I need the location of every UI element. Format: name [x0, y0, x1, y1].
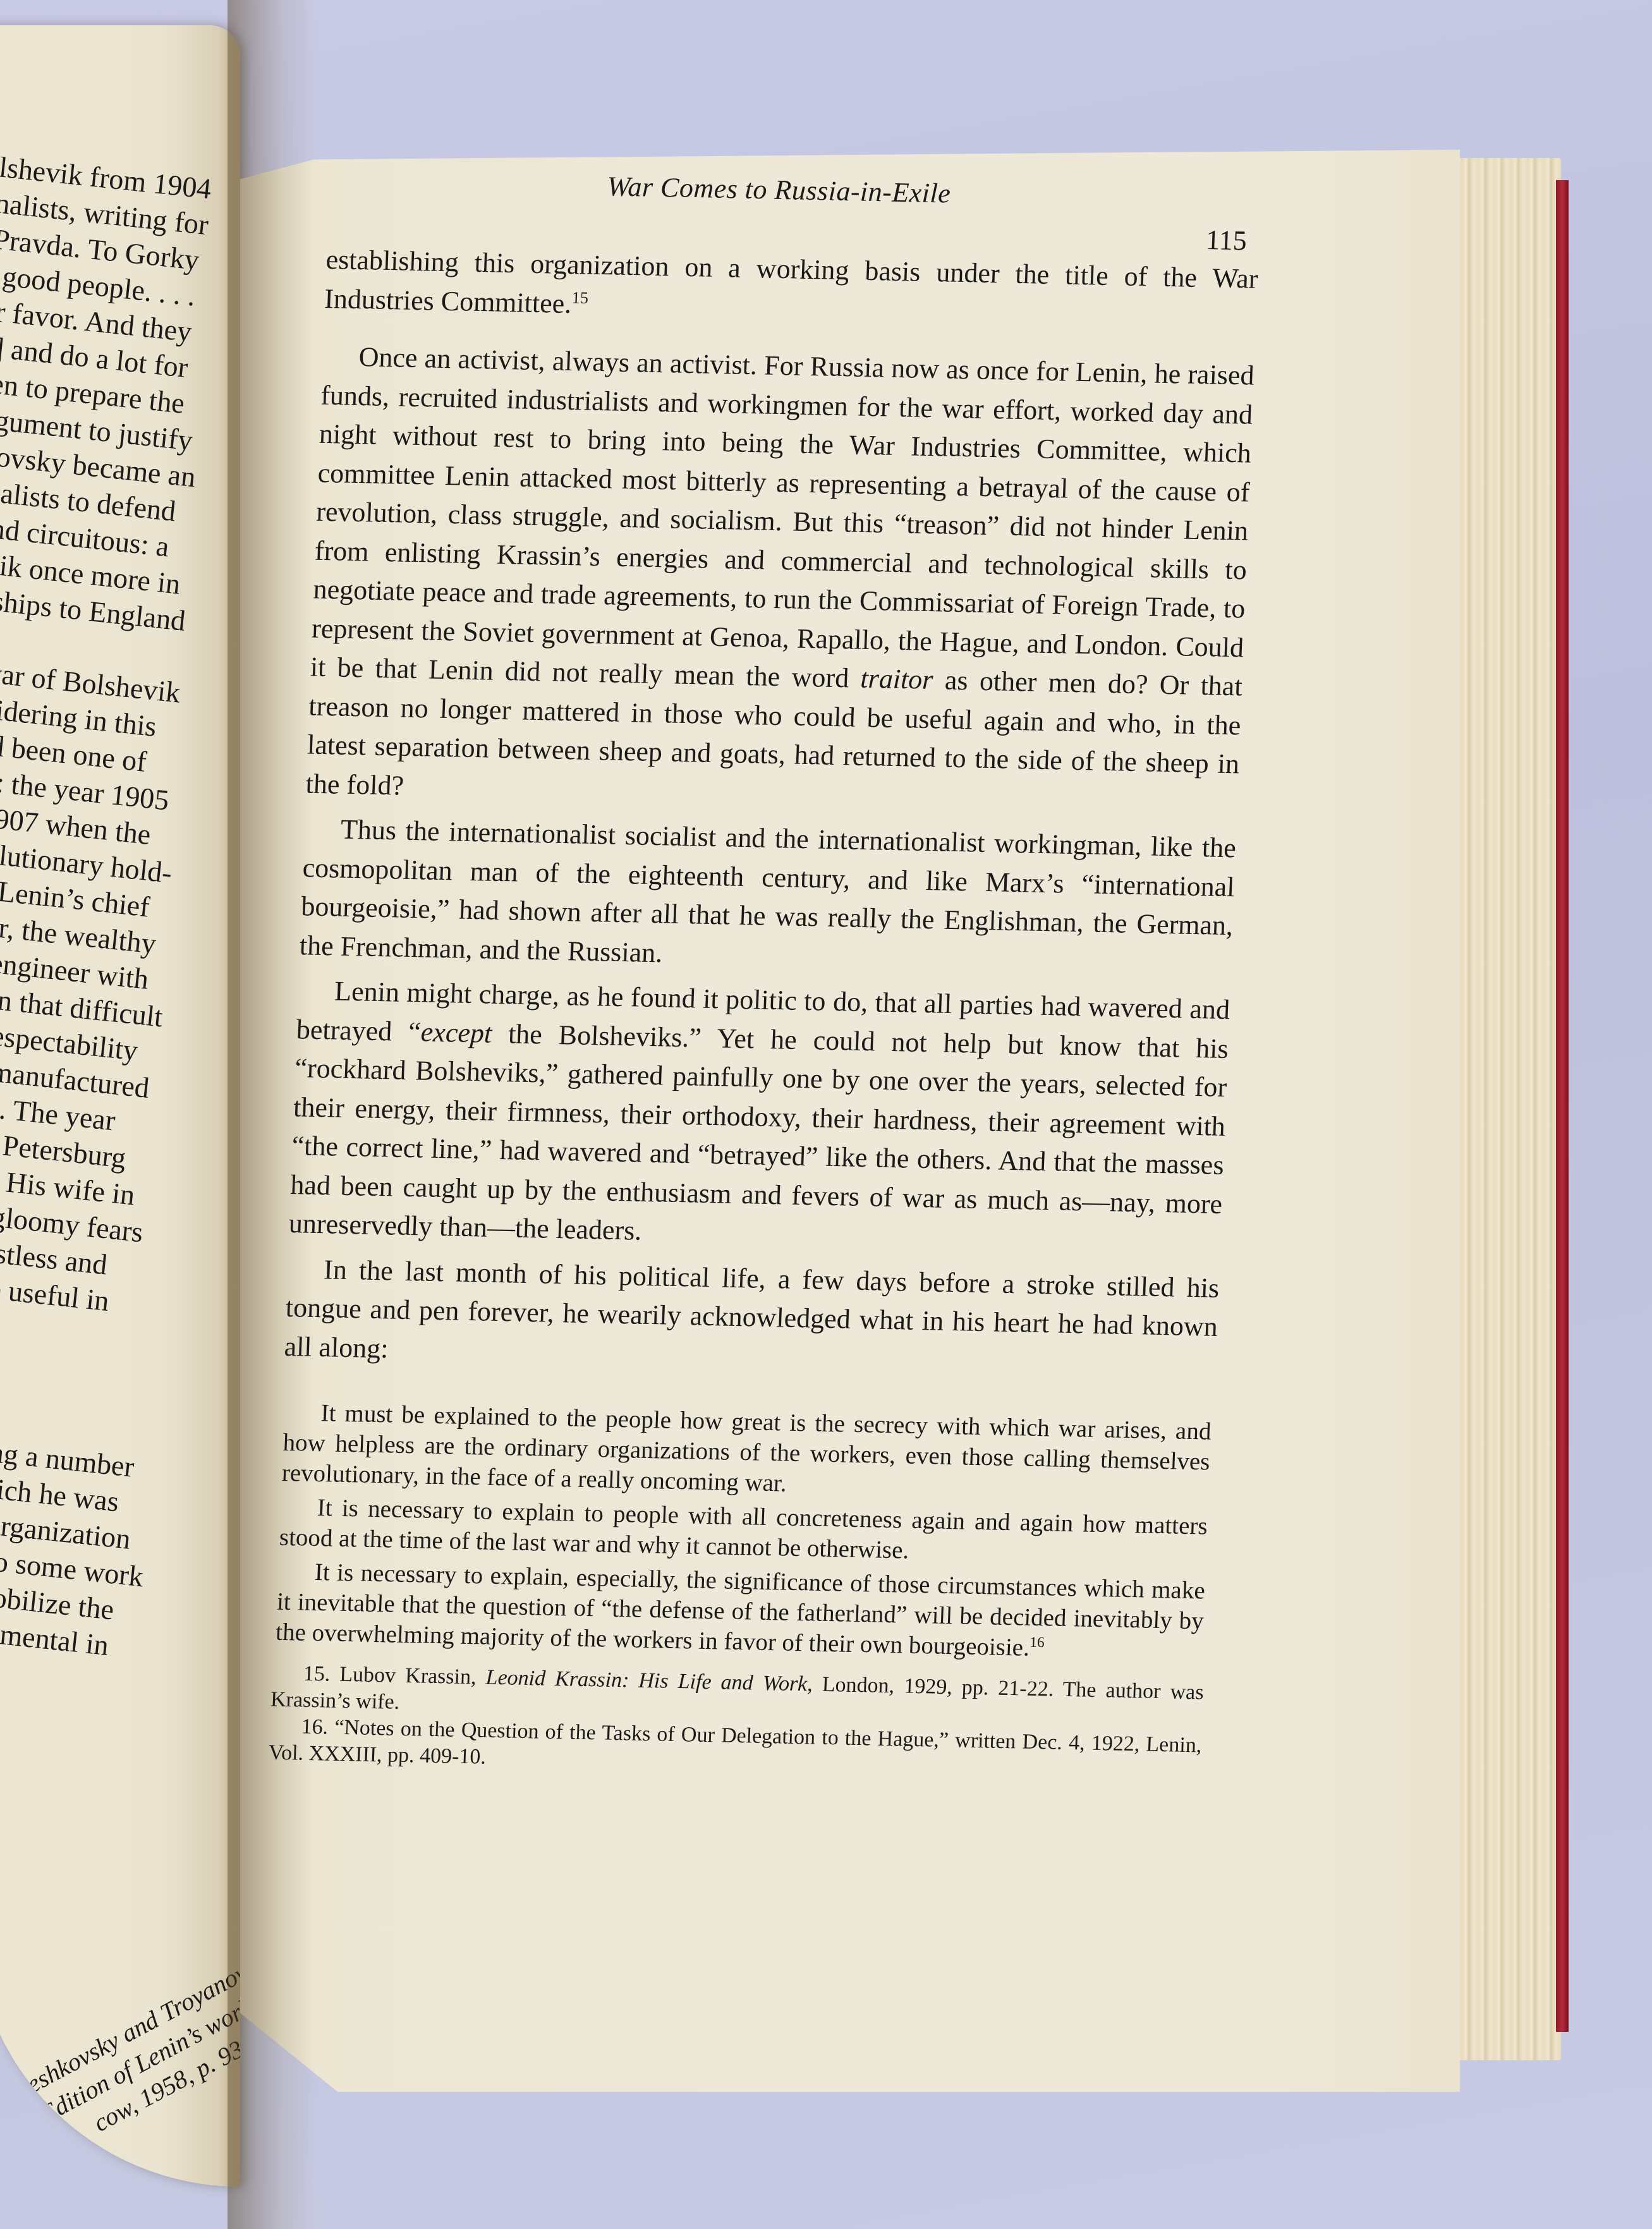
paragraph-1: Once an activist, always an activist. Fo… [305, 337, 1255, 822]
footnote-ref-16: 16 [1029, 1634, 1045, 1651]
right-page-content: War Comes to Russia-in-Exile 115 establi… [268, 190, 1261, 1785]
paragraph-2: Thus the internationalist socialist and … [299, 809, 1237, 984]
footnote-ref-15: 15 [571, 288, 589, 307]
paragraph-4: In the last month of his political life,… [284, 1249, 1220, 1385]
italic-traitor: traitor [860, 663, 934, 695]
left-page-block-3: in organizing a numbercerns of which he … [0, 1421, 75, 1658]
red-cover-edge [1556, 180, 1569, 2032]
left-page-footnote-fragment: Meshkovsky and Troyanovskyd Edition of L… [2, 1972, 240, 2168]
quote-paragraph-3: It is necessary to explain, especially, … [275, 1557, 1205, 1667]
page-number: 115 [1205, 224, 1247, 257]
left-page-text: lshevik from 1904nalists, writing forPra… [0, 149, 209, 1658]
left-page: lshevik from 1904nalists, writing forPra… [0, 25, 240, 2187]
left-page-block-1: lshevik from 1904nalists, writing forPra… [0, 149, 209, 636]
paragraph-0: establishing this organization on a work… [324, 240, 1258, 337]
footnotes: 15. Lubov Krassin, Leonid Krassin: His L… [268, 1660, 1204, 1786]
body-text: establishing this organization on a work… [284, 190, 1261, 1385]
left-page-block-2: he war of Bolshevikconsidering in thisn … [0, 650, 156, 1317]
quote-paragraph-1: It must be explained to the people how g… [281, 1397, 1212, 1508]
block-quote: It must be explained to the people how g… [272, 1397, 1214, 1667]
paragraph-3: Lenin might charge, as he found it polit… [288, 971, 1230, 1262]
italic-except: except [420, 1016, 492, 1048]
